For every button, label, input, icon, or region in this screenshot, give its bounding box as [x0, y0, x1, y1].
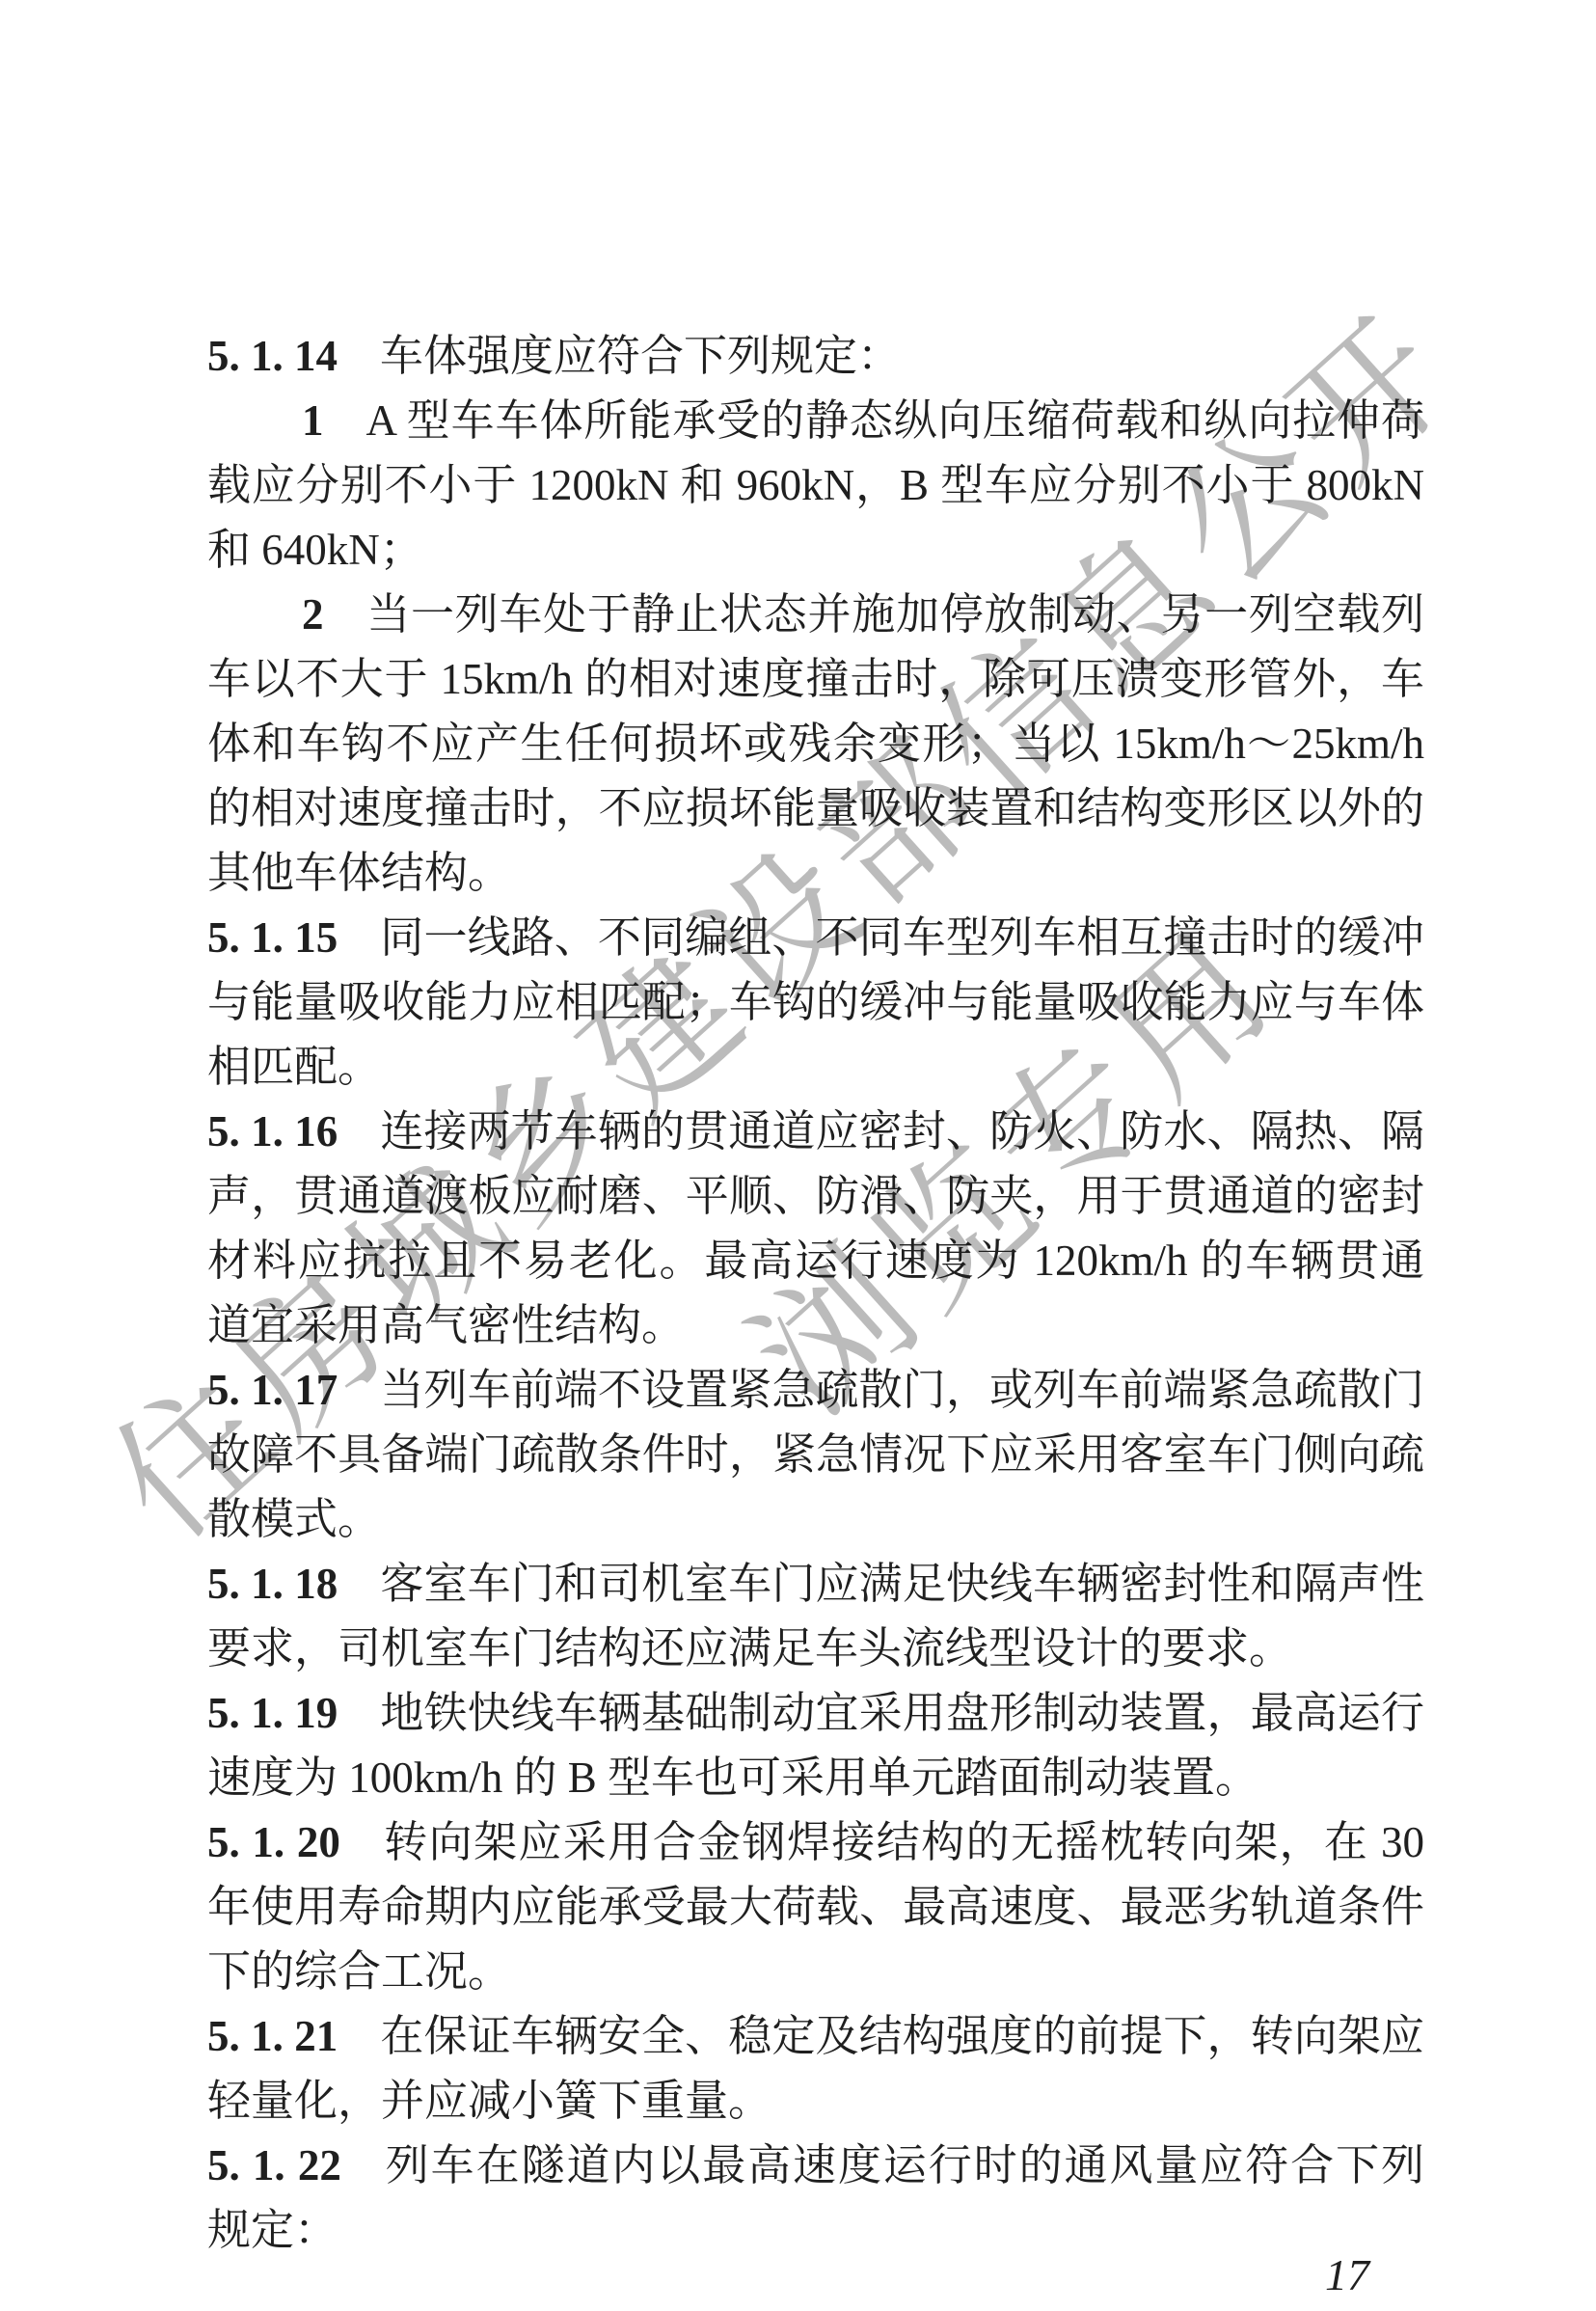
text-line: 轻量化，并应减小簧下重量。: [207, 2069, 1424, 2134]
text-line: 速度为 100km/h 的 B 型车也可采用单元踏面制动装置。: [207, 1746, 1424, 1810]
text-line: 其他车体结构。: [207, 841, 1424, 906]
line-text: 道宜采用高气密性结构。: [207, 1301, 685, 1349]
text-line: 的相对速度撞击时，不应损坏能量吸收装置和结构变形区以外的: [207, 776, 1424, 841]
text-line: 故障不具备端门疏散条件时，紧急情况下应采用客室车门侧向疏: [207, 1423, 1424, 1487]
line-text: 同一线路、不同编组、不同车型列车相互撞击时的缓冲: [380, 913, 1424, 962]
line-text: 其他车体结构。: [207, 849, 511, 897]
line-text: 载应分别不小于 1200kN 和 960kN，B 型车应分别不小于 800kN: [207, 461, 1424, 509]
text-line: 道宜采用高气密性结构。: [207, 1293, 1424, 1358]
line-text: 体和车钩不应产生任何损坏或残余变形；当以 15km/h～25km/h: [207, 720, 1424, 768]
text-line: 载应分别不小于 1200kN 和 960kN，B 型车应分别不小于 800kN: [207, 453, 1424, 518]
clause-number: 5. 1. 18: [207, 1560, 338, 1608]
clause-number: 5. 1. 20: [207, 1818, 340, 1866]
clause-number: 5. 1. 19: [207, 1689, 338, 1737]
text-line: 要求，司机室车门结构还应满足车头流线型设计的要求。: [207, 1617, 1424, 1681]
clause-number: 5. 1. 16: [207, 1107, 338, 1155]
line-text: 和 640kN；: [207, 526, 423, 574]
clause-number: 5. 1. 21: [207, 2012, 338, 2060]
clause-number: 2: [302, 590, 324, 639]
page-number: 17: [1325, 2249, 1369, 2300]
line-text: 散模式。: [207, 1495, 381, 1543]
line-text: 客室车门和司机室车门应满足快线车辆密封性和隔声性: [380, 1560, 1424, 1608]
text-line: 散模式。: [207, 1487, 1424, 1552]
text-line: 2当一列车处于静止状态并施加停放制动、另一列空载列: [207, 583, 1424, 647]
text-line: 5. 1. 20转向架应采用合金钢焊接结构的无摇枕转向架，在 30: [207, 1810, 1424, 1875]
line-text: 年使用寿命期内应能承受最大荷载、最高速度、最恶劣轨道条件: [207, 1883, 1424, 1931]
line-text: 声，贯通道渡板应耐磨、平顺、防滑、防夹，用于贯通道的密封: [207, 1172, 1424, 1220]
text-line: 和 640kN；: [207, 518, 1424, 583]
text-line: 年使用寿命期内应能承受最大荷载、最高速度、最恶劣轨道条件: [207, 1875, 1424, 1940]
line-text: 速度为 100km/h 的 B 型车也可采用单元踏面制动装置。: [207, 1754, 1258, 1802]
document-page: 住房城乡建设部信息公开 浏览专用 5. 1. 14车体强度应符合下列规定：1A …: [0, 0, 1596, 2311]
text-line: 1A 型车车体所能承受的静态纵向压缩荷载和纵向拉伸荷: [207, 389, 1424, 453]
line-text: 车体强度应符合下列规定：: [380, 332, 901, 380]
clause-number: 5. 1. 15: [207, 913, 338, 962]
text-line: 5. 1. 18客室车门和司机室车门应满足快线车辆密封性和隔声性: [207, 1552, 1424, 1617]
text-line: 下的综合工况。: [207, 1940, 1424, 2004]
document-body: 5. 1. 14车体强度应符合下列规定：1A 型车车体所能承受的静态纵向压缩荷载…: [207, 324, 1424, 2263]
line-text: 当列车前端不设置紧急疏散门，或列车前端紧急疏散门: [380, 1366, 1424, 1414]
text-line: 与能量吸收能力应相匹配；车钩的缓冲与能量吸收能力应与车体: [207, 970, 1424, 1035]
text-line: 5. 1. 21在保证车辆安全、稳定及结构强度的前提下，转向架应: [207, 2004, 1424, 2069]
clause-number: 1: [302, 396, 324, 445]
line-text: 轻量化，并应减小簧下重量。: [207, 2077, 771, 2125]
line-text: 转向架应采用合金钢焊接结构的无摇枕转向架，在 30: [383, 1818, 1424, 1866]
line-text: 车以不大于 15km/h 的相对速度撞击时，除可压溃变形管外，车: [207, 655, 1424, 703]
clause-number: 5. 1. 17: [207, 1366, 338, 1414]
text-line: 体和车钩不应产生任何损坏或残余变形；当以 15km/h～25km/h: [207, 712, 1424, 776]
line-text: 当一列车处于静止状态并施加停放制动、另一列空载列: [366, 590, 1425, 639]
text-line: 5. 1. 19地铁快线车辆基础制动宜采用盘形制动装置，最高运行: [207, 1681, 1424, 1746]
text-line: 相匹配。: [207, 1035, 1424, 1100]
text-line: 5. 1. 16连接两节车辆的贯通道应密封、防火、防水、隔热、隔: [207, 1100, 1424, 1164]
line-text: 相匹配。: [207, 1043, 381, 1091]
text-line: 车以不大于 15km/h 的相对速度撞击时，除可压溃变形管外，车: [207, 647, 1424, 712]
text-line: 5. 1. 14车体强度应符合下列规定：: [207, 324, 1424, 389]
line-text: 故障不具备端门疏散条件时，紧急情况下应采用客室车门侧向疏: [207, 1430, 1424, 1479]
text-line: 材料应抗拉且不易老化。最高运行速度为 120km/h 的车辆贯通: [207, 1229, 1424, 1293]
text-line: 5. 1. 15同一线路、不同编组、不同车型列车相互撞击时的缓冲: [207, 906, 1424, 970]
line-text: 要求，司机室车门结构还应满足车头流线型设计的要求。: [207, 1624, 1292, 1672]
clause-number: 5. 1. 14: [207, 332, 338, 380]
line-text: 材料应抗拉且不易老化。最高运行速度为 120km/h 的车辆贯通: [207, 1237, 1424, 1285]
text-line: 5. 1. 17当列车前端不设置紧急疏散门，或列车前端紧急疏散门: [207, 1358, 1424, 1423]
line-text: 连接两节车辆的贯通道应密封、防火、防水、隔热、隔: [380, 1107, 1424, 1155]
line-text: A 型车车体所能承受的静态纵向压缩荷载和纵向拉伸荷: [366, 396, 1425, 445]
line-text: 规定：: [207, 2206, 338, 2254]
text-line: 规定：: [207, 2198, 1424, 2263]
line-text: 下的综合工况。: [207, 1947, 511, 1996]
line-text: 列车在隧道内以最高速度运行时的通风量应符合下列: [384, 2141, 1424, 2189]
line-text: 的相对速度撞击时，不应损坏能量吸收装置和结构变形区以外的: [207, 784, 1424, 832]
line-text: 在保证车辆安全、稳定及结构强度的前提下，转向架应: [380, 2012, 1424, 2060]
text-line: 5. 1. 22列车在隧道内以最高速度运行时的通风量应符合下列: [207, 2134, 1424, 2198]
line-text: 与能量吸收能力应相匹配；车钩的缓冲与能量吸收能力应与车体: [207, 978, 1424, 1026]
clause-number: 5. 1. 22: [207, 2141, 341, 2189]
line-text: 地铁快线车辆基础制动宜采用盘形制动装置，最高运行: [380, 1689, 1424, 1737]
text-line: 声，贯通道渡板应耐磨、平顺、防滑、防夹，用于贯通道的密封: [207, 1164, 1424, 1229]
